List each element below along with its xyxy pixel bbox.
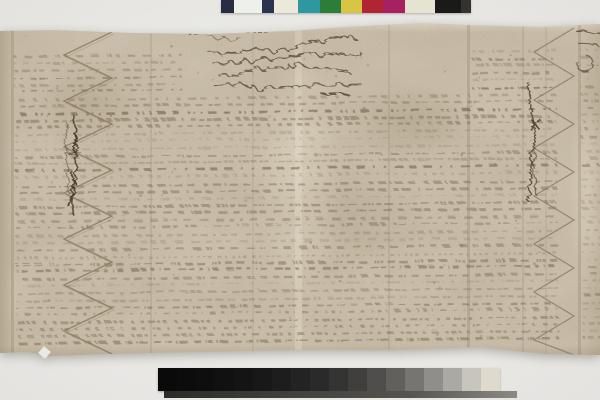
gray-step-5: [234, 368, 253, 391]
color-patch-off-white: [405, 0, 435, 13]
color-patch-green: [320, 0, 341, 13]
paper-grain: [0, 22, 600, 357]
gray-step-14: [405, 368, 424, 391]
gray-step-16: [443, 368, 462, 391]
gray-step-3: [196, 368, 215, 391]
grayscale-wedge: [158, 368, 500, 391]
gray-step-18: [481, 368, 500, 391]
gray-step-9: [310, 368, 329, 391]
color-patch-white-smudged: [234, 0, 262, 13]
manuscript-wrapper: 19 1429: [0, 22, 600, 357]
gray-step-13: [386, 368, 405, 391]
gray-step-1: [158, 368, 177, 391]
gray-step-17: [462, 368, 481, 391]
photograph: 19 1429: [0, 0, 600, 400]
heading-year: 1429: [246, 26, 270, 35]
heading-overline: [243, 28, 275, 29]
manuscript-ink-layer: [0, 22, 600, 357]
gray-step-8: [291, 368, 310, 391]
gray-step-2: [177, 368, 196, 391]
color-patch-red: [362, 0, 383, 13]
color-patch-white: [274, 0, 298, 13]
color-patch-dark-blue: [221, 0, 234, 13]
color-calibration-bar: [221, 0, 471, 13]
gray-step-6: [253, 368, 272, 391]
gray-step-4: [215, 368, 234, 391]
color-patch-black: [435, 0, 461, 13]
gray-step-11: [348, 368, 367, 391]
grayscale-wedge-shadow: [164, 391, 517, 398]
color-patch-dark-blue-2: [262, 0, 274, 13]
color-patch-magenta: [383, 0, 405, 13]
gray-step-15: [424, 368, 443, 391]
color-patch-dark-gray: [461, 0, 471, 13]
color-patch-cyan: [298, 0, 320, 13]
gray-step-12: [367, 368, 386, 391]
gray-step-10: [329, 368, 348, 391]
gray-step-7: [272, 368, 291, 391]
manuscript: 19 1429: [0, 22, 600, 357]
heading-number: 19: [188, 28, 200, 37]
color-patch-yellow: [341, 0, 362, 13]
